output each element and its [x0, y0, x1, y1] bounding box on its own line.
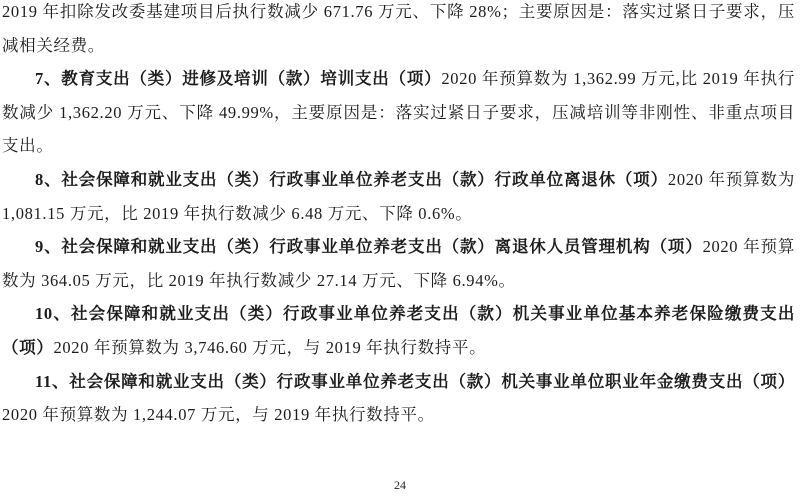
paragraph-heading: 8、社会保障和就业支出（类）行政事业单位养老支出（款）行政单位离退休（项）: [35, 170, 668, 189]
paragraph-heading: 7、教育支出（类）进修及培训（款）培训支出（项）: [35, 69, 441, 88]
page-number: 24: [0, 479, 800, 491]
paragraph-11: 11、社会保障和就业支出（类）行政事业单位养老支出（款）机关事业单位职业年金缴费…: [2, 365, 795, 432]
paragraph-text: 2020 年预算数为 1,244.07 万元，与 2019 年执行数持平。: [2, 405, 435, 424]
paragraph-8: 8、社会保障和就业支出（类）行政事业单位养老支出（款）行政单位离退休（项）202…: [2, 163, 795, 230]
paragraph-text: 2019 年扣除发改委基建项目后执行数减少 671.76 万元、下降 28%；主…: [2, 2, 795, 55]
document-page: 2019 年扣除发改委基建项目后执行数减少 671.76 万元、下降 28%；主…: [0, 0, 800, 498]
paragraph-7: 7、教育支出（类）进修及培训（款）培训支出（项）2020 年预算数为 1,362…: [2, 62, 795, 163]
paragraph-10: 10、社会保障和就业支出（类）行政事业单位养老支出（款）机关事业单位基本养老保险…: [2, 297, 795, 364]
paragraph-9: 9、社会保障和就业支出（类）行政事业单位养老支出（款）离退休人员管理机构（项）2…: [2, 230, 795, 297]
paragraph-heading: 9、社会保障和就业支出（类）行政事业单位养老支出（款）离退休人员管理机构（项）: [35, 237, 703, 256]
paragraph-continuation: 2019 年扣除发改委基建项目后执行数减少 671.76 万元、下降 28%；主…: [2, 0, 795, 62]
paragraph-heading: 11、社会保障和就业支出（类）行政事业单位养老支出（款）机关事业单位职业年金缴费…: [35, 372, 795, 391]
paragraph-text: 2020 年预算数为 3,746.60 万元，与 2019 年执行数持平。: [53, 338, 486, 357]
document-body: 2019 年扣除发改委基建项目后执行数减少 671.76 万元、下降 28%；主…: [0, 0, 800, 432]
